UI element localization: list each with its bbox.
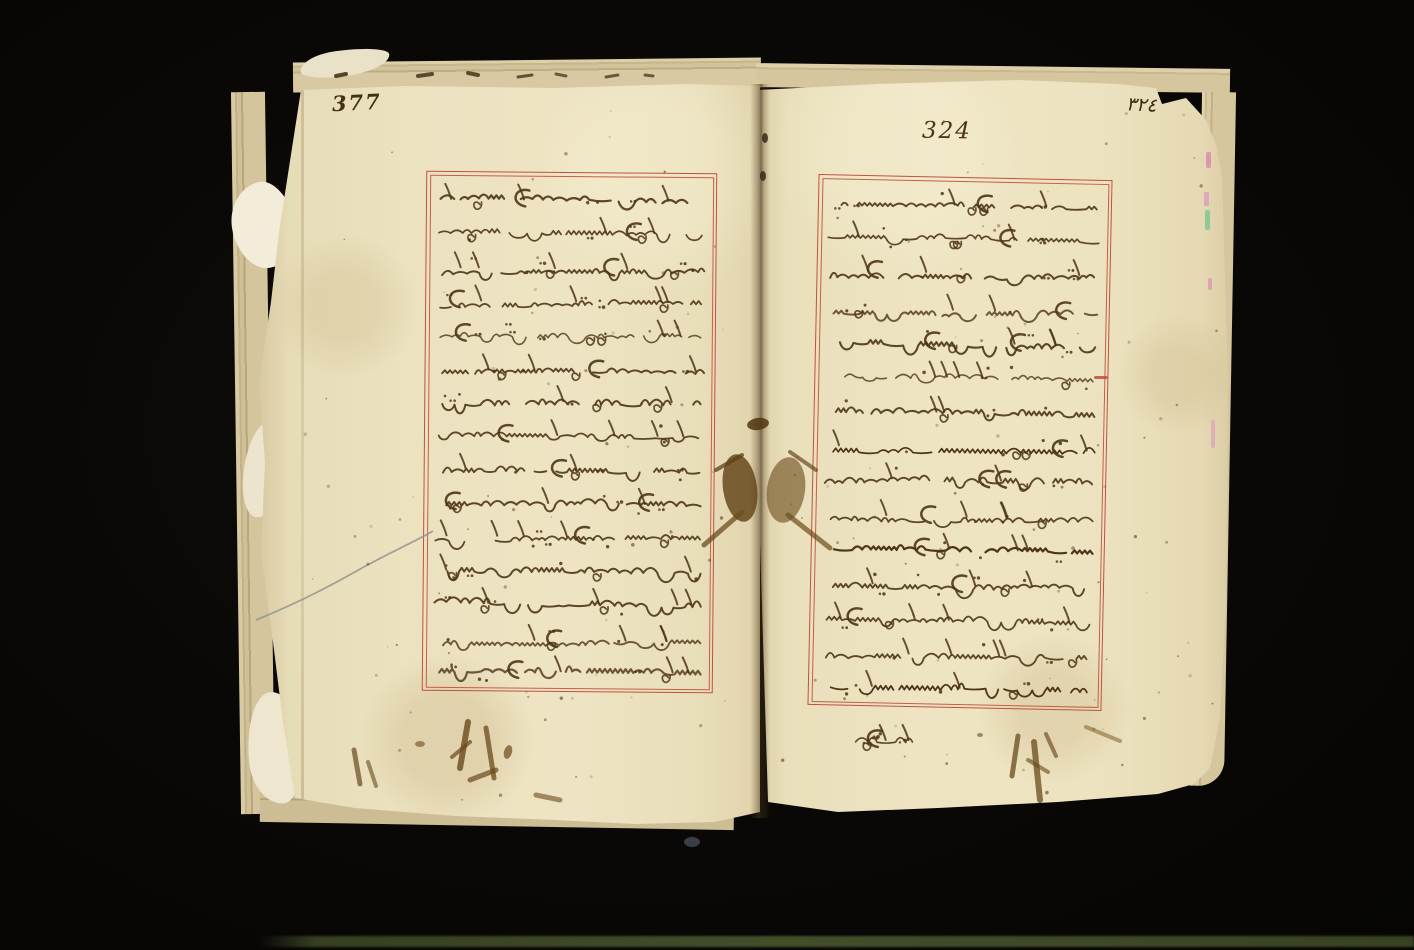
right-page-number-center: 324 bbox=[922, 118, 972, 145]
right-page-handwriting bbox=[814, 180, 1107, 703]
right-page-number-corner: ٣٢٤ bbox=[1125, 93, 1157, 117]
left-page: 377 bbox=[255, 82, 760, 830]
gutter-crease bbox=[750, 84, 770, 818]
manuscript-photograph: 377 324 ٣٢٤ bbox=[0, 0, 1414, 950]
right-text-frame bbox=[807, 174, 1112, 711]
left-folio-number: 377 bbox=[331, 89, 382, 117]
left-page-handwriting bbox=[428, 177, 711, 686]
right-page: 324 ٣٢٤ bbox=[758, 78, 1235, 820]
catchword-handwriting bbox=[845, 722, 925, 762]
left-text-frame bbox=[422, 171, 718, 694]
table-edge-strip bbox=[258, 936, 1414, 947]
